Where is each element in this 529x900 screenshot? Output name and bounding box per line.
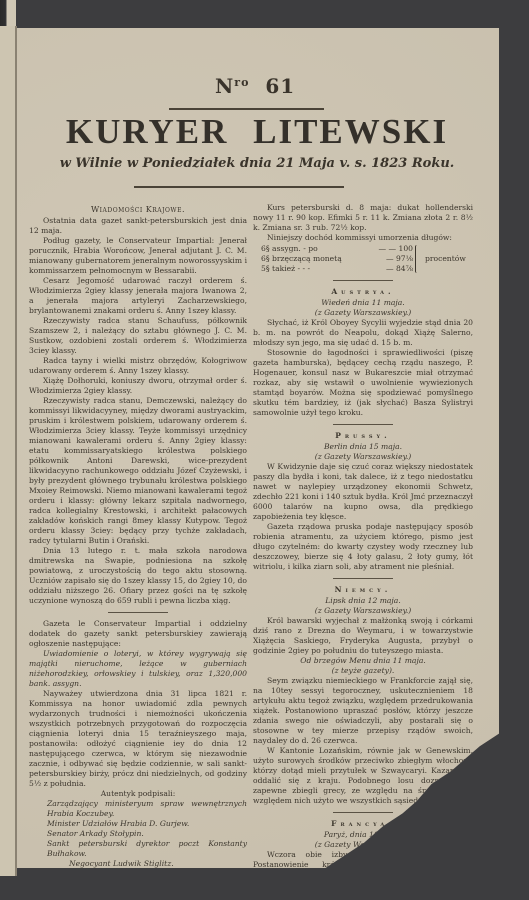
newspaper-page: Nro 61 KURYER LITEWSKI w Wilnie w Ponied… — [17, 28, 499, 868]
brace-label: procentów — [425, 254, 466, 264]
section-heading-prussia: Prussy. — [253, 431, 473, 441]
article-paragraph: Xiążę Dołhoruki, koniuszy dworu, otrzyma… — [29, 376, 247, 396]
exchange-label: 6§ brzęczącą monetą — [261, 254, 373, 264]
dateline-leipzig: Lipsk dnia 12 maja. — [253, 596, 473, 606]
signature: Zarządzający ministeryum spraw wewnętrzn… — [29, 799, 247, 819]
issue-superscript: ro — [234, 76, 249, 89]
exchange-row: 6§ assygn. - po — — 100 — [253, 244, 473, 254]
source-citation: (z teyże gazety). — [253, 666, 473, 676]
section-heading-germany: Niemcy. — [253, 585, 473, 595]
left-column: Wiadomości Krajowe. Ostatnia data gazet … — [29, 203, 247, 869]
exchange-note: Niniejszy dochód kommissyi umorzenia dłu… — [253, 233, 473, 243]
signatures-heading: Autentyk podpisali: — [29, 789, 247, 799]
section-separator — [108, 612, 168, 613]
section-separator — [333, 812, 393, 813]
source-citation: (z Gazety Warszawskiey.) — [253, 308, 473, 318]
newspaper-title: KURYER LITEWSKI — [37, 112, 477, 152]
article-paragraph: Dnia 13 lutego r. t. mała szkoła narodow… — [29, 546, 247, 606]
exchange-value: — — 100 — [373, 244, 413, 254]
article-paragraph: Gazeta le Conservateur Impartial i oddzi… — [29, 619, 247, 649]
right-column: Kurs petersburski d. 8 maja: dukat holle… — [253, 203, 473, 880]
dateline-paris: Paryż, dnia 10 maja. — [253, 830, 473, 840]
masthead-rule-bottom — [134, 186, 344, 188]
brace — [415, 245, 420, 273]
issue-prefix: N — [215, 74, 234, 98]
issue-number-value: 61 — [265, 74, 295, 98]
exchange-rates: Kurs petersburski d. 8 maja: dukat holle… — [253, 203, 473, 233]
source-citation: (z Gazety Warszawskiey.) — [253, 452, 473, 462]
signature: Sankt petersburski dyrektor poczt Konsta… — [29, 839, 247, 859]
section-heading-austria: Austrya. — [253, 287, 473, 297]
issue-number: Nro 61 — [215, 74, 295, 98]
masthead-rule-top — [169, 108, 324, 110]
section-separator — [333, 424, 393, 425]
article-paragraph: Rzeczywisty radca stanu, Demczewski, nal… — [29, 396, 247, 546]
article-paragraph: Rzeczywisty radca stanu Schaufuss, półko… — [29, 316, 247, 356]
article-paragraph: Król bawarski wyjechał z małżonką swoją … — [253, 616, 473, 656]
source-citation: (z Gazety Warszawskiey.) — [253, 840, 473, 850]
section-heading-france: Francya. — [253, 819, 473, 829]
article-paragraph: W Kwidzynie daje się czuć coraz większy … — [253, 462, 473, 522]
exchange-label: 6§ assygn. - po — [261, 244, 373, 254]
dateline-vienna: Wiedeń dnia 11 maja. — [253, 298, 473, 308]
previous-page-edge — [0, 26, 15, 900]
exchange-label: 5§ takież - - - — [261, 264, 373, 274]
dateline-berlin: Berlin dnia 15 maja. — [253, 442, 473, 452]
lottery-notice: Uwiadomienie o loteryi, w którey wygrywa… — [29, 649, 247, 689]
exchange-table: 6§ assygn. - po — — 100 6§ brzęczącą mon… — [253, 244, 473, 274]
signature: Minister Udziałów Hrabia D. Gurjew. — [29, 819, 247, 829]
article-paragraph: Cesarz Jegomość udarować raczył orderem … — [29, 276, 247, 316]
section-separator — [333, 578, 393, 579]
exchange-row: 5§ takież - - - — 84⅞ — [253, 264, 473, 274]
signature: Negocyant Ludwik Stiglitz. — [29, 859, 247, 869]
article-paragraph: Gazeta rządowa pruska podaje następujący… — [253, 522, 473, 572]
article-paragraph: Stosownie do łagodności i sprawiedliwośc… — [253, 348, 473, 418]
source-citation: (z Gazety Warszawskiey.) — [253, 606, 473, 616]
article-paragraph: W Kantonie Lozańskim, równie jak w Genew… — [253, 746, 473, 806]
article-paragraph: Nayważey utwierdzona dnia 31 lipca 1821 … — [29, 689, 247, 789]
exchange-value: — 97⅛ — [373, 254, 413, 264]
article-paragraph: Słychać, iż Król Oboyey Sycylii wyjedzie… — [253, 318, 473, 348]
section-heading-domestic: Wiadomości Krajowe. — [29, 205, 247, 215]
exchange-value: — 84⅞ — [373, 264, 413, 274]
dateline-main-river: Od brzegów Menu dnia 11 maja. — [253, 656, 473, 666]
signature: Senator Arkady Stołypin. — [29, 829, 247, 839]
section-separator — [333, 280, 393, 281]
article-paragraph: Radca tayny i wielki mistrz obrzędów, Ko… — [29, 356, 247, 376]
gutter-line — [15, 26, 17, 900]
article-paragraph: Ostatnia data gazet sankt-petersburskich… — [29, 216, 247, 236]
article-paragraph: Podług gazety, le Conservateur Impartial… — [29, 236, 247, 276]
scan-background-bottom — [0, 876, 529, 900]
dateline: w Wilnie w Poniedziałek dnia 21 Maja v. … — [57, 156, 457, 171]
article-paragraph: Seym związku niemieckiego w Frankforcie … — [253, 676, 473, 746]
